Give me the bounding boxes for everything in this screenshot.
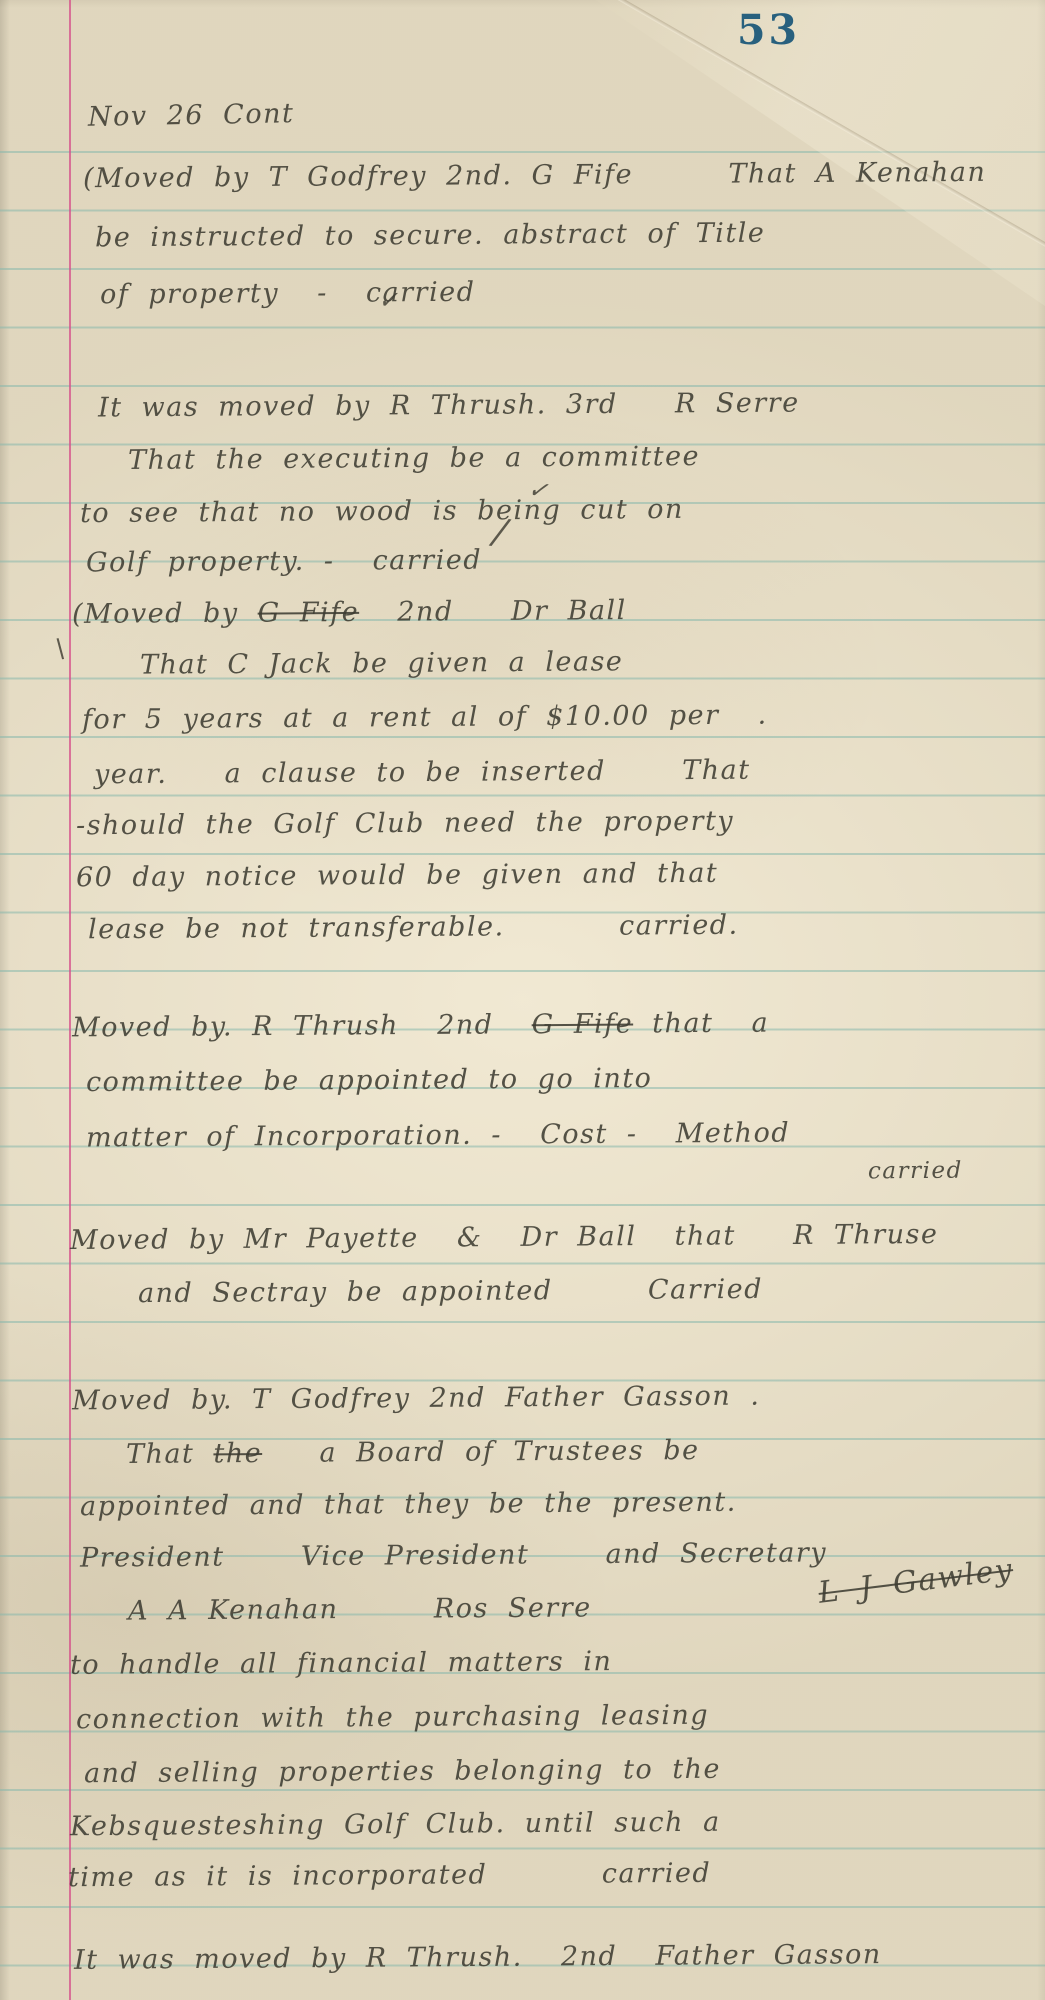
handwriting-line: to see that no wood is being cut on <box>80 494 684 529</box>
handwriting-line: for 5 years at a rent al of $10.00 per . <box>82 700 768 736</box>
handwriting-line: (Moved by T Godfrey 2nd. G Fife That A K… <box>83 157 986 194</box>
handwritten-text: a Board of Trustees be <box>262 1435 700 1469</box>
handwritten-text: President Vice President and Secretary <box>80 1537 827 1573</box>
handwriting-line: committee be appointed to go into <box>86 1063 653 1098</box>
struck-text: G Fife <box>532 1009 634 1041</box>
corner-crease <box>610 0 1045 278</box>
handwritten-text: carried <box>868 1158 963 1185</box>
handwritten-text: Nov 26 Cont <box>88 98 295 133</box>
handwritten-text: (Moved by T Godfrey 2nd. G Fife That A K… <box>83 157 986 194</box>
handwriting-line: A A Kenahan Ros Serre <box>128 1592 592 1626</box>
handwritten-text: lease be not transferable. carried. <box>88 910 739 946</box>
handwritten-text: It was moved by R Thrush. 2nd Father Gas… <box>74 1939 882 1976</box>
handwritten-text: Moved by. T Godfrey 2nd Father Gasson . <box>72 1381 761 1417</box>
handwriting-line: Golf property. - carried <box>86 545 482 579</box>
handwriting-line: It was moved by R Thrush. 3rd R Serre <box>98 388 800 424</box>
struck-text: G Fife <box>258 597 360 629</box>
handwriting-line: and Sectray be appointed Carried <box>138 1274 763 1309</box>
handwriting-line: That the executing be a committee <box>128 441 700 476</box>
handwriting-line: lease be not transferable. carried. <box>88 910 739 946</box>
handwriting-line: matter of Incorporation. - Cost - Method <box>86 1118 790 1154</box>
handwriting-line: Moved by. T Godfrey 2nd Father Gasson . <box>72 1381 761 1417</box>
handwritten-text: A A Kenahan Ros Serre <box>128 1592 592 1626</box>
handwriting-line: That C Jack be given a lease <box>140 646 624 680</box>
handwritten-text: for 5 years at a rent al of $10.00 per . <box>82 700 768 736</box>
handwriting-line: That the a Board of Trustees be <box>126 1435 700 1470</box>
handwritten-text: Golf property. - carried <box>86 545 482 579</box>
handwritten-text: 60 day notice would be given and that <box>76 858 718 893</box>
handwritten-text: and Sectray be appointed Carried <box>138 1274 763 1309</box>
handwritten-text: year. a clause to be inserted That <box>94 755 751 791</box>
handwriting-line: and selling properties belonging to the <box>84 1754 721 1789</box>
handwriting-line: -should the Golf Club need the property <box>76 806 734 842</box>
ink-mark: \ <box>54 634 67 665</box>
handwriting-line: Moved by. R Thrush 2nd G Fife that a <box>72 1008 769 1044</box>
handwriting-line: connection with the purchasing leasing <box>76 1700 709 1735</box>
handwritten-text: Moved by Mr Payette & Dr Ball that R Thr… <box>70 1219 939 1256</box>
handwritten-text: It was moved by R Thrush. 3rd R Serre <box>98 388 800 424</box>
handwriting-line: time as it is incorporated carried <box>68 1858 711 1894</box>
struck-text: the <box>213 1438 262 1469</box>
handwriting-line: (Moved by G Fife 2nd Dr Ball <box>72 595 627 630</box>
ink-mark: ✓ <box>526 475 550 506</box>
handwritten-text: to handle all financial matters in <box>70 1646 613 1681</box>
handwritten-text: Kebsquesteshing Golf Club. until such a <box>70 1807 721 1843</box>
handwritten-text: That C Jack be given a lease <box>140 646 624 680</box>
handwritten-text: that a <box>633 1008 769 1040</box>
handwriting-line: to handle all financial matters in <box>70 1646 613 1681</box>
handwritten-text: committee be appointed to go into <box>86 1063 653 1098</box>
ink-mark: / <box>491 511 510 553</box>
handwriting-line: year. a clause to be inserted That <box>94 755 751 791</box>
handwritten-text: -should the Golf Club need the property <box>76 806 734 842</box>
scanned-minutes-page: 53 Nov 26 Cont(Moved by T Godfrey 2nd. G… <box>0 0 1045 2000</box>
handwritten-text: (Moved by <box>72 598 258 630</box>
handwritten-text: connection with the purchasing leasing <box>76 1700 709 1735</box>
handwritten-text: be instructed to secure. abstract of Tit… <box>95 218 766 254</box>
struck-text: L J Gawley <box>817 1552 1016 1611</box>
handwritten-text: time as it is incorporated carried <box>68 1858 711 1893</box>
handwriting-line: President Vice President and Secretary <box>80 1537 827 1573</box>
handwritten-text: to see that no wood is being cut on <box>80 494 684 529</box>
page-number: 53 <box>737 6 800 54</box>
handwritten-text: That the executing be a committee <box>128 441 700 476</box>
handwritten-text: 2nd Dr Ball <box>359 595 627 628</box>
margin-line <box>69 0 71 2000</box>
handwritten-text: Moved by. R Thrush 2nd <box>72 1009 532 1043</box>
handwritten-text: and selling properties belonging to the <box>84 1754 721 1789</box>
handwriting-line: carried <box>868 1158 963 1185</box>
handwriting-line: Moved by Mr Payette & Dr Ball that R Thr… <box>70 1219 939 1256</box>
handwriting-line: 60 day notice would be given and that <box>76 858 718 894</box>
ink-mark: ✓ <box>378 286 398 314</box>
handwriting-line: It was moved by R Thrush. 2nd Father Gas… <box>74 1939 882 1976</box>
handwriting-line: of property - carried <box>100 277 476 311</box>
handwritten-text: matter of Incorporation. - Cost - Method <box>86 1118 790 1154</box>
handwritten-text: That <box>126 1438 214 1470</box>
handwritten-text: appointed and that they be the present. <box>80 1487 737 1523</box>
ruled-lines <box>0 151 1045 2000</box>
handwriting-line: be instructed to secure. abstract of Tit… <box>95 218 766 254</box>
handwriting-line: appointed and that they be the present. <box>80 1487 737 1523</box>
handwritten-text: of property - carried <box>100 277 476 311</box>
handwriting-line: L J Gawley <box>817 1553 1016 1611</box>
handwriting-line: Kebsquesteshing Golf Club. until such a <box>70 1807 721 1843</box>
handwriting-line: Nov 26 Cont <box>88 98 295 133</box>
corner-fold <box>0 0 1045 340</box>
